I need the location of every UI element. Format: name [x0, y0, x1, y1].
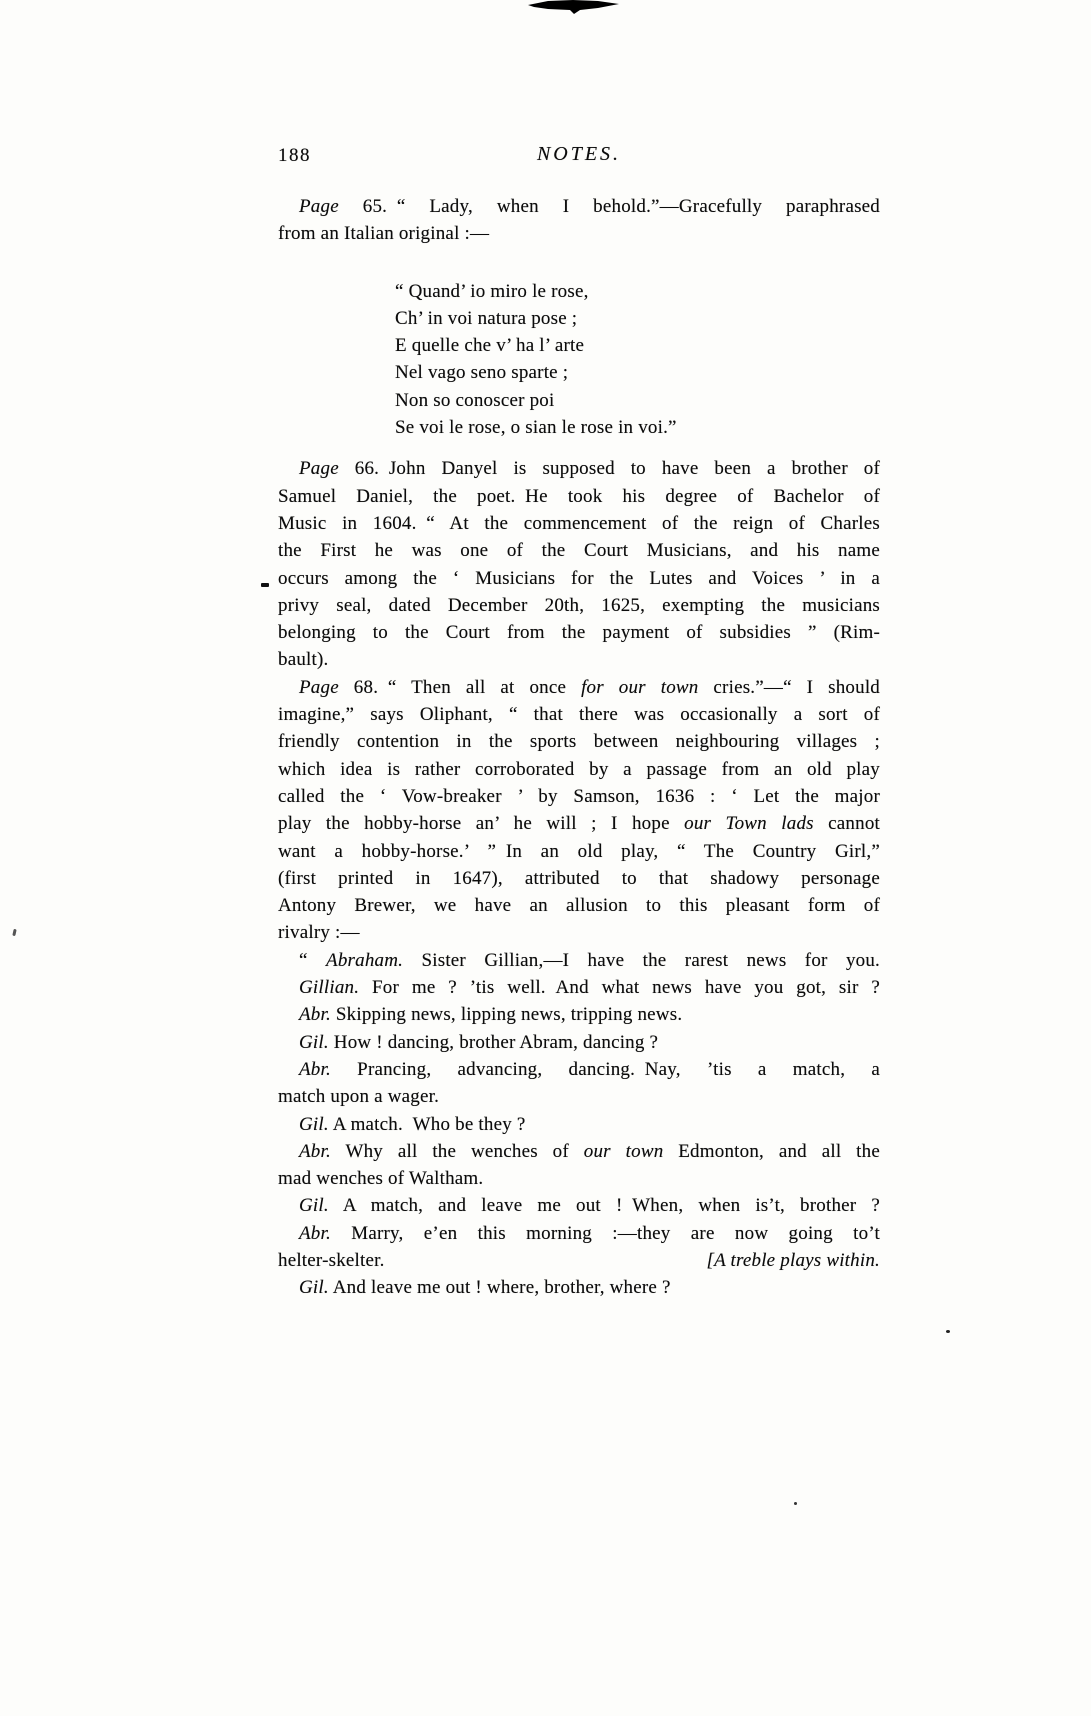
- ink-speck: [261, 583, 269, 587]
- text-line: Abr. Marry, e’en this morning :—they are…: [278, 1220, 880, 1247]
- text-line: bault).: [278, 646, 880, 673]
- italic-text-run: for our town: [581, 677, 698, 698]
- text-line: Page 68. “ Then all at once for our town…: [278, 674, 880, 701]
- text-run: rivalry :—: [278, 922, 360, 943]
- text-run: Nel vago seno sparte ;: [395, 362, 568, 383]
- play-dialogue: “ Abraham. Sister Gillian,—I have the ra…: [278, 947, 880, 1302]
- italian-verse: “ Quand’ io miro le rose,Ch’ in voi natu…: [278, 278, 880, 442]
- text-run: cannot: [814, 813, 880, 834]
- text-run: Se voi le rose, o sian le rose in voi.”: [395, 417, 677, 438]
- text-line: Non so conoscer poi: [395, 387, 880, 414]
- italic-text-run: Page: [299, 677, 339, 698]
- text-run: Marry, e’en this morning :—they are now …: [331, 1223, 880, 1244]
- text-line: Gillian. For me ? ’tis well. And what ne…: [278, 974, 880, 1001]
- text-line: match upon a wager.: [278, 1083, 880, 1110]
- text-run: Music in 1604. “ At the commencement of …: [278, 513, 880, 534]
- text-column: 188 NOTES. Page 65. “ Lady, when I behol…: [278, 141, 880, 1302]
- text-run: belonging to the Court from the payment …: [278, 622, 880, 643]
- text-line: Gil. A match. Who be they ?: [278, 1111, 880, 1138]
- text-line: Gil. How ! dancing, brother Abram, danci…: [278, 1029, 880, 1056]
- text-line: mad wenches of Waltham.: [278, 1165, 880, 1192]
- text-run: friendly contention in the sports betwee…: [278, 731, 880, 752]
- note-page-68: Page 68. “ Then all at once for our town…: [278, 674, 880, 947]
- running-title: NOTES.: [278, 141, 880, 168]
- text-line: Gil. And leave me out ! where, brother, …: [278, 1274, 880, 1301]
- ink-blot: [528, 0, 620, 15]
- text-line: the First he was one of the Court Musici…: [278, 537, 880, 564]
- text-run: match upon a wager.: [278, 1086, 439, 1107]
- text-run: the First he was one of the Court Musici…: [278, 540, 880, 561]
- text-run: A match, and leave me out ! When, when i…: [329, 1195, 880, 1216]
- italic-text-run: Abr.: [299, 1004, 331, 1025]
- text-line: from an Italian original :—: [278, 220, 880, 247]
- text-line: friendly contention in the sports betwee…: [278, 728, 880, 755]
- stage-direction: [A treble plays within.: [707, 1247, 881, 1274]
- italic-text-run: [A treble plays within.: [707, 1250, 881, 1271]
- text-run: 68. “ Then all at once: [339, 677, 581, 698]
- text-run: For me ? ’tis well. And what news have y…: [359, 977, 880, 998]
- text-line: which idea is rather corroborated by a p…: [278, 756, 880, 783]
- text-line: Abr. Prancing, advancing, dancing. Nay, …: [278, 1056, 880, 1083]
- text-run: 66. John Danyel is supposed to have been…: [339, 458, 880, 479]
- text-run: which idea is rather corroborated by a p…: [278, 759, 880, 780]
- text-run: Sister Gillian,—I have the rarest news f…: [403, 950, 880, 971]
- italic-text-run: our town: [584, 1141, 664, 1162]
- text-run: Edmonton, and all the: [663, 1141, 880, 1162]
- text-line: helter-skelter.[A treble plays within.: [278, 1247, 880, 1274]
- text-line: want a hobby-horse.’ ” In an old play, “…: [278, 838, 880, 865]
- text-line: imagine,” says Oliphant, “ that there wa…: [278, 701, 880, 728]
- text-run: want a hobby-horse.’ ” In an old play, “…: [278, 841, 880, 862]
- ink-blot-shape: [528, 0, 620, 15]
- text-run: E quelle che v’ ha l’ arte: [395, 335, 584, 356]
- text-line: Abr. Skipping news, lipping news, trippi…: [278, 1001, 880, 1028]
- page-header: 188 NOTES.: [278, 141, 880, 168]
- italic-text-run: Abr.: [299, 1059, 331, 1080]
- text-line: belonging to the Court from the payment …: [278, 619, 880, 646]
- text-line: occurs among the ‘ Musicians for the Lut…: [278, 565, 880, 592]
- ink-speck: [794, 1502, 797, 1505]
- ink-speck: [946, 1330, 950, 1333]
- text-line: Samuel Daniel, the poet. He took his deg…: [278, 483, 880, 510]
- ink-speck: [12, 929, 16, 936]
- text-run: Prancing, advancing, dancing. Nay, ’tis …: [331, 1059, 880, 1080]
- scanned-book-page: 188 NOTES. Page 65. “ Lady, when I behol…: [0, 0, 1091, 1716]
- text-run: Antony Brewer, we have an allusion to th…: [278, 895, 880, 916]
- text-run: privy seal, dated December 20th, 1625, e…: [278, 595, 880, 616]
- text-line: Abr. Why all the wenches of our town Edm…: [278, 1138, 880, 1165]
- text-run: Ch’ in voi natura pose ;: [395, 308, 577, 329]
- text-run: bault).: [278, 649, 328, 670]
- italic-text-run: Gillian.: [299, 977, 359, 998]
- italic-text-run: Abr.: [299, 1223, 331, 1244]
- text-line: (first printed in 1647), attributed to t…: [278, 865, 880, 892]
- text-run: imagine,” says Oliphant, “ that there wa…: [278, 704, 880, 725]
- text-run: from an Italian original :—: [278, 223, 489, 244]
- folio-number: 188: [278, 142, 311, 169]
- text-run: A match. Who be they ?: [329, 1114, 526, 1135]
- text-line: “ Quand’ io miro le rose,: [395, 278, 880, 305]
- text-line: Ch’ in voi natura pose ;: [395, 305, 880, 332]
- text-run: helter-skelter.: [278, 1250, 385, 1271]
- italic-text-run: Gil.: [299, 1114, 329, 1135]
- italic-text-run: Gil.: [299, 1032, 329, 1053]
- text-run: “: [299, 950, 326, 971]
- text-run: cries.”—“ I should: [698, 677, 880, 698]
- text-run: Why all the wenches of: [331, 1141, 584, 1162]
- text-line: Gil. A match, and leave me out ! When, w…: [278, 1192, 880, 1219]
- text-line: called the ‘ Vow-breaker ’ by Samson, 16…: [278, 783, 880, 810]
- text-run: mad wenches of Waltham.: [278, 1168, 483, 1189]
- italic-text-run: Gil.: [299, 1195, 329, 1216]
- speech-text: helter-skelter.: [278, 1247, 385, 1274]
- text-line: Page 65. “ Lady, when I behold.”—Gracefu…: [278, 193, 880, 220]
- note-page-65: Page 65. “ Lady, when I behold.”—Gracefu…: [278, 193, 880, 248]
- text-run: Non so conoscer poi: [395, 390, 554, 411]
- text-line: Antony Brewer, we have an allusion to th…: [278, 892, 880, 919]
- text-run: Skipping news, lipping news, tripping ne…: [331, 1004, 682, 1025]
- italic-text-run: Page: [299, 458, 339, 479]
- italic-text-run: Abraham.: [326, 950, 403, 971]
- text-run: called the ‘ Vow-breaker ’ by Samson, 16…: [278, 786, 880, 807]
- text-line: E quelle che v’ ha l’ arte: [395, 332, 880, 359]
- text-line: “ Abraham. Sister Gillian,—I have the ra…: [278, 947, 880, 974]
- italic-text-run: Gil.: [299, 1277, 329, 1298]
- text-line: privy seal, dated December 20th, 1625, e…: [278, 592, 880, 619]
- note-page-66: Page 66. John Danyel is supposed to have…: [278, 455, 880, 673]
- italic-text-run: Abr.: [299, 1141, 331, 1162]
- text-line: Music in 1604. “ At the commencement of …: [278, 510, 880, 537]
- text-run: (first printed in 1647), attributed to t…: [278, 868, 880, 889]
- text-line: rivalry :—: [278, 919, 880, 946]
- text-run: play the hobby-horse an’ he will ; I hop…: [278, 813, 684, 834]
- text-run: How ! dancing, brother Abram, dancing ?: [329, 1032, 658, 1053]
- text-line: Se voi le rose, o sian le rose in voi.”: [395, 414, 880, 441]
- text-line: Page 66. John Danyel is supposed to have…: [278, 455, 880, 482]
- text-run: 65. “ Lady, when I behold.”—Gracefully p…: [339, 196, 880, 217]
- text-run: “ Quand’ io miro le rose,: [395, 281, 589, 302]
- italic-text-run: Page: [299, 196, 339, 217]
- text-line: play the hobby-horse an’ he will ; I hop…: [278, 810, 880, 837]
- text-run: occurs among the ‘ Musicians for the Lut…: [278, 568, 880, 589]
- text-line: Nel vago seno sparte ;: [395, 359, 880, 386]
- italic-text-run: our Town lads: [684, 813, 814, 834]
- text-run: Samuel Daniel, the poet. He took his deg…: [278, 486, 880, 507]
- text-run: And leave me out ! where, brother, where…: [329, 1277, 671, 1298]
